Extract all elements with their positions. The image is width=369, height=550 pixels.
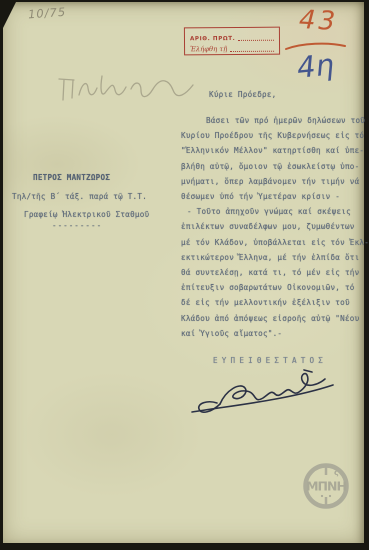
paper-corner-shadow <box>3 2 16 28</box>
seal-monogram: ΜΠΝΗ <box>306 479 346 494</box>
letter-body-line: ἐπίτευξιν σοβαρωτάτων Οἰκονομιῶν, τό <box>181 280 359 295</box>
svg-text:ς: ς <box>334 468 339 477</box>
benaki-seal: ΜΠΝΗ ς <box>301 461 351 511</box>
folio-number-blue: 4η <box>295 47 335 85</box>
stamp-dotted-leader <box>238 39 274 41</box>
pencil-scribble: (illegible pencil inscription) <box>56 64 198 110</box>
letter-body-line: μέ τόν Κλάδον, ὑποβάλλεται εἰς τόν Ἐκλ- <box>181 235 359 250</box>
letter-body-line: καί Ὑγιοῦς αἵματος".- <box>181 326 359 341</box>
stamp-received-label: Ἐλήφθη τῇ <box>190 45 227 53</box>
registry-stamp: ΑΡΙΘ. ΠΡΩΤ. Ἐλήφθη τῇ <box>184 27 280 56</box>
sender-name: ΠΕΤΡΟΣ ΜΑΝΤΖΩΡΟΣ <box>33 173 110 182</box>
sender-office-line: Γραφείῳ Ἠλεκτρικοῦ Σταθμοῦ <box>24 210 149 219</box>
signature <box>186 360 338 416</box>
letter-body-line: μνήματι, ὅπερ λαμβάνομεν τήν τιμήν νά <box>181 174 359 189</box>
sender-title-line: Τηλ/τῆς Β΄ τάξ. παρά τῷ Τ.Τ. <box>12 192 147 201</box>
salutation: Κύριε Πρόεδρε, <box>209 90 277 99</box>
stamp-protocol-label: ΑΡΙΘ. ΠΡΩΤ. <box>190 36 235 42</box>
letter-body-line: Κυρίου Προέδρου τῆς Κυβερνήσεως εἰς τό <box>181 128 359 143</box>
letter-body-line: βλήθη αὐτῷ, ὅμοιον τῷ ἐσωκλείστῳ ὑπο- <box>181 159 359 174</box>
letter-body-line: θέσωμεν ὑπό τήν Ὑμετέραν κρίσιν - <box>181 189 359 204</box>
letter-body-line: - Τοῦτο ἀπηχοῦν γνώμας καί σκέψεις <box>181 204 359 219</box>
stamp-dotted-leader <box>230 50 274 52</box>
folio-number-red: 43 <box>298 5 339 37</box>
letter-body-line: δέ εἰς τήν μελλοντικήν ἐξέλιξιν τοῦ <box>181 295 359 310</box>
scanned-letter-page: 10/75 ΑΡΙΘ. ΠΡΩΤ. Ἐλήφθη τῇ 43 4η (illeg… <box>0 0 369 550</box>
letter-body-line: "Ἑλληνικόν Μέλλον" κατηρτίσθη καί ὑπε- <box>181 143 359 158</box>
letter-body-line: Βάσει τῶν πρό ἡμερῶν δηλώσεων τοῦ <box>181 113 359 128</box>
archive-number-note: 10/75 <box>28 5 67 22</box>
sender-underline: --------- <box>52 221 102 230</box>
letter-body-line: ἐπιλέκτων συναδέλφων μου, ζυμωθέντων <box>181 219 359 234</box>
letter-body: Βάσει τῶν πρό ἡμερῶν δηλώσεων τοῦ Κυρίου… <box>181 113 359 341</box>
letter-body-line: θά συντελέσῃ, κατά τι, τό μέν εἰς τήν <box>181 265 359 280</box>
letter-body-line: εκτικώτερον Ἕλληνα, μέ τήν ἐλπίδα ὅτι <box>181 250 359 265</box>
letter-body-line: Κλάδου ἀπό ἀπόψεως εἰσροῆς αὐτῷ "Νέου <box>181 311 359 326</box>
